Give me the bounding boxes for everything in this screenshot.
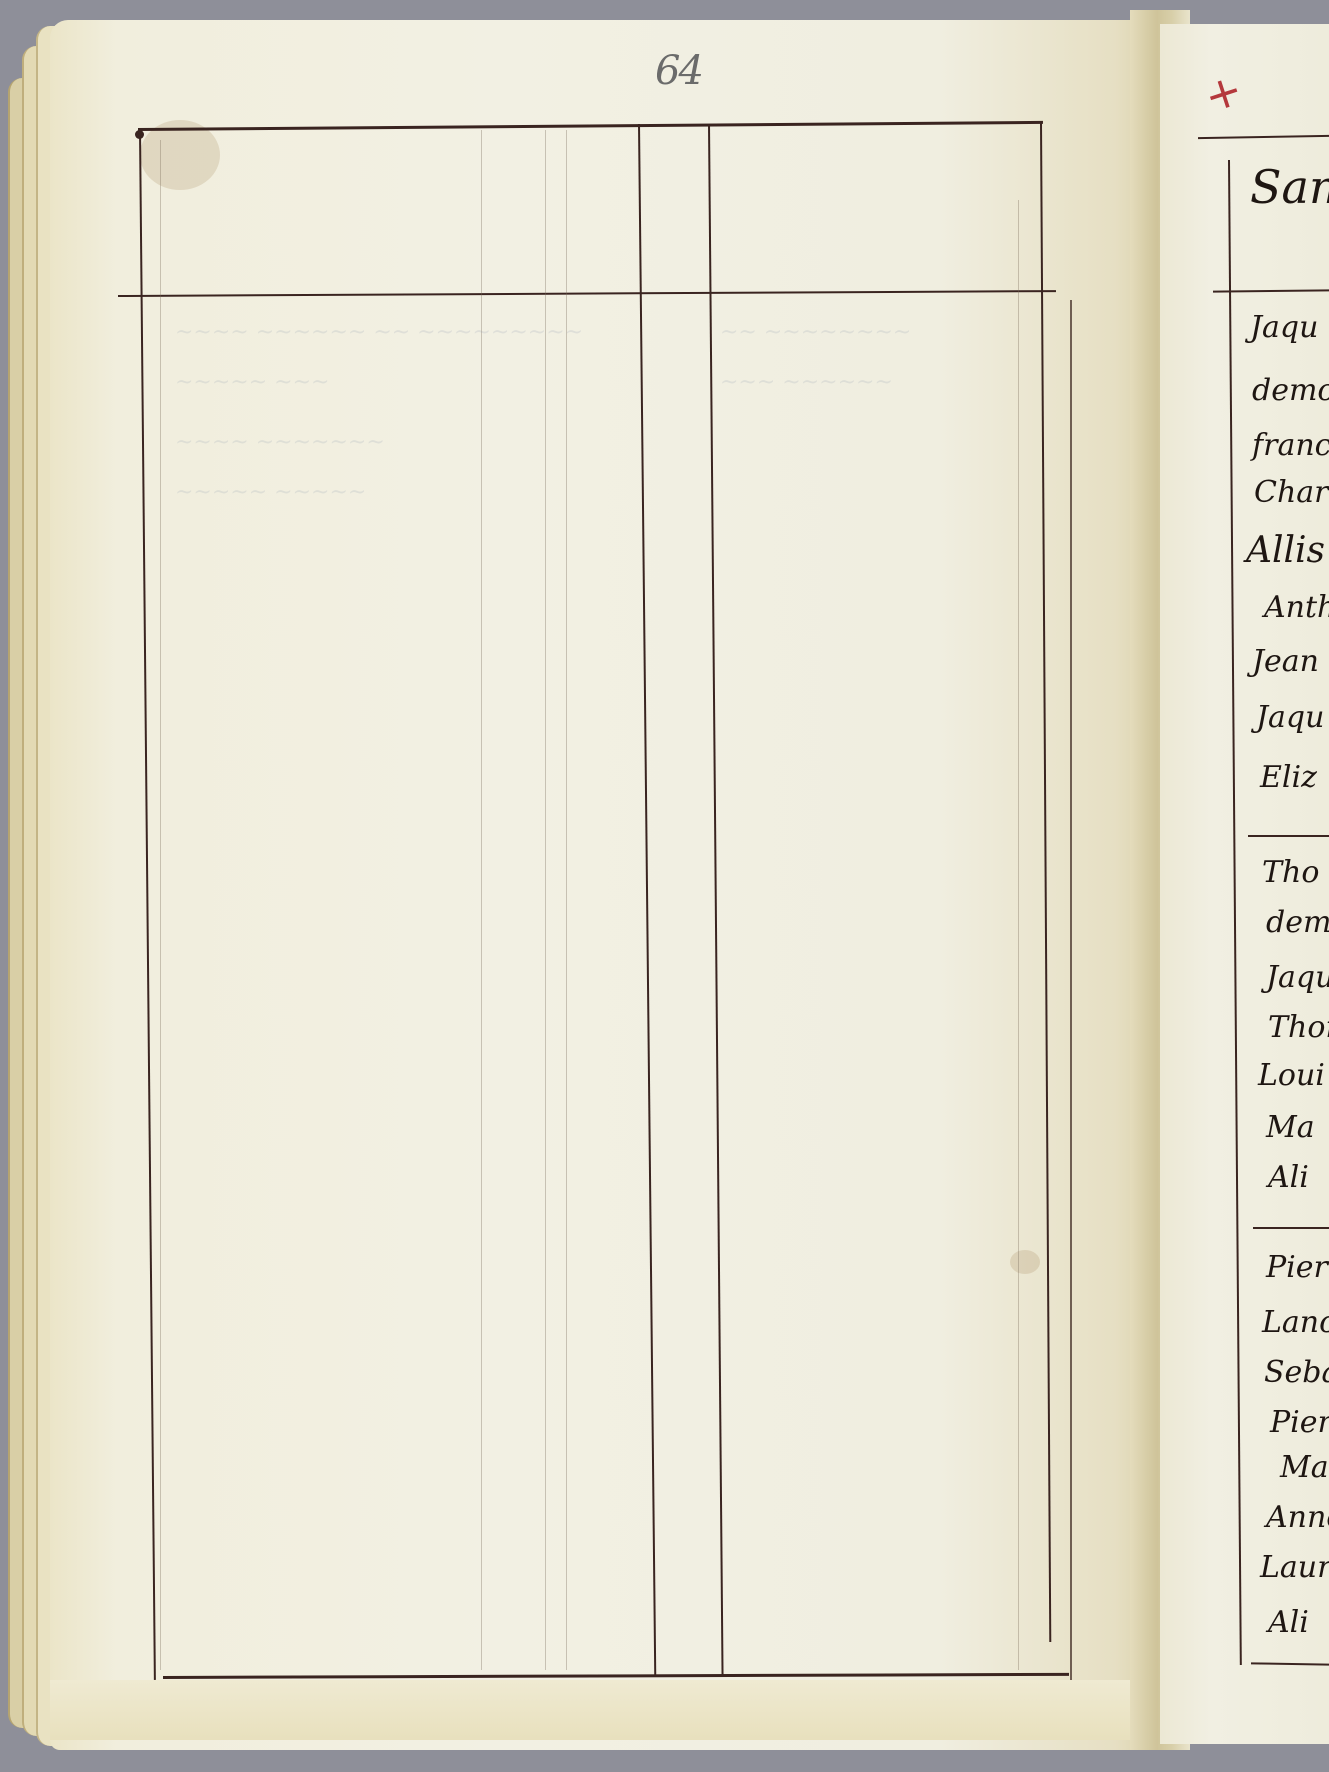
list-item: Jean <box>1252 644 1319 679</box>
outer-right-rule <box>1070 300 1072 1680</box>
list-item: demo <box>1266 905 1329 940</box>
list-item: Seba <box>1264 1355 1329 1390</box>
column-heading: Sam <box>1250 160 1329 214</box>
list-item: Ali <box>1268 1605 1309 1640</box>
column-divider-faint <box>1018 200 1019 1670</box>
page-number: 64 <box>655 48 702 94</box>
list-item: franc <box>1252 428 1329 463</box>
list-item: Eliz <box>1260 760 1317 795</box>
show-through-text: ~~~~ ~~~~~~ ~~ ~~~~~~~~~ <box>175 320 583 345</box>
list-item: demoi <box>1252 373 1329 408</box>
list-item: Tho <box>1262 855 1319 890</box>
column-divider-faint <box>481 130 482 1670</box>
list-item: Loui <box>1258 1058 1325 1093</box>
list-item: Anne <box>1266 1500 1329 1535</box>
left-page-bottom-margin <box>50 1680 1160 1740</box>
list-item: Lanc <box>1262 1305 1329 1340</box>
left-page <box>50 20 1160 1750</box>
list-item: Mar <box>1280 1450 1329 1485</box>
show-through-text: ~~~~~ ~~~~~ <box>175 480 366 505</box>
list-item: Jaqu <box>1266 960 1329 995</box>
foxing-spot <box>1010 1250 1040 1274</box>
show-through-text: ~~ ~~~~~~~~ <box>720 320 911 345</box>
list-item: Laur <box>1260 1550 1329 1585</box>
column-divider-faint <box>566 130 567 1670</box>
show-through-text: ~~~~ ~~~~~~~ <box>175 430 385 455</box>
list-item: Jaqu <box>1256 700 1324 735</box>
list-item: Jaqu <box>1250 310 1318 345</box>
show-through-text: ~~~~~ ~~~ <box>175 370 329 395</box>
show-through-text: ~~~ ~~~~~~ <box>720 370 893 395</box>
group-divider <box>1253 1227 1329 1229</box>
list-item: Ali <box>1268 1160 1309 1195</box>
list-item: Allis <box>1246 530 1325 571</box>
faint-margin-line <box>160 140 161 1670</box>
list-item: Thom <box>1268 1010 1329 1045</box>
list-item: Pier <box>1266 1250 1328 1285</box>
list-item: Char <box>1254 475 1329 510</box>
column-divider-faint <box>545 130 546 1670</box>
list-item: Pier <box>1270 1405 1329 1440</box>
list-item: Anth <box>1264 590 1329 625</box>
list-item: Ma <box>1266 1110 1315 1145</box>
group-divider <box>1248 835 1329 837</box>
